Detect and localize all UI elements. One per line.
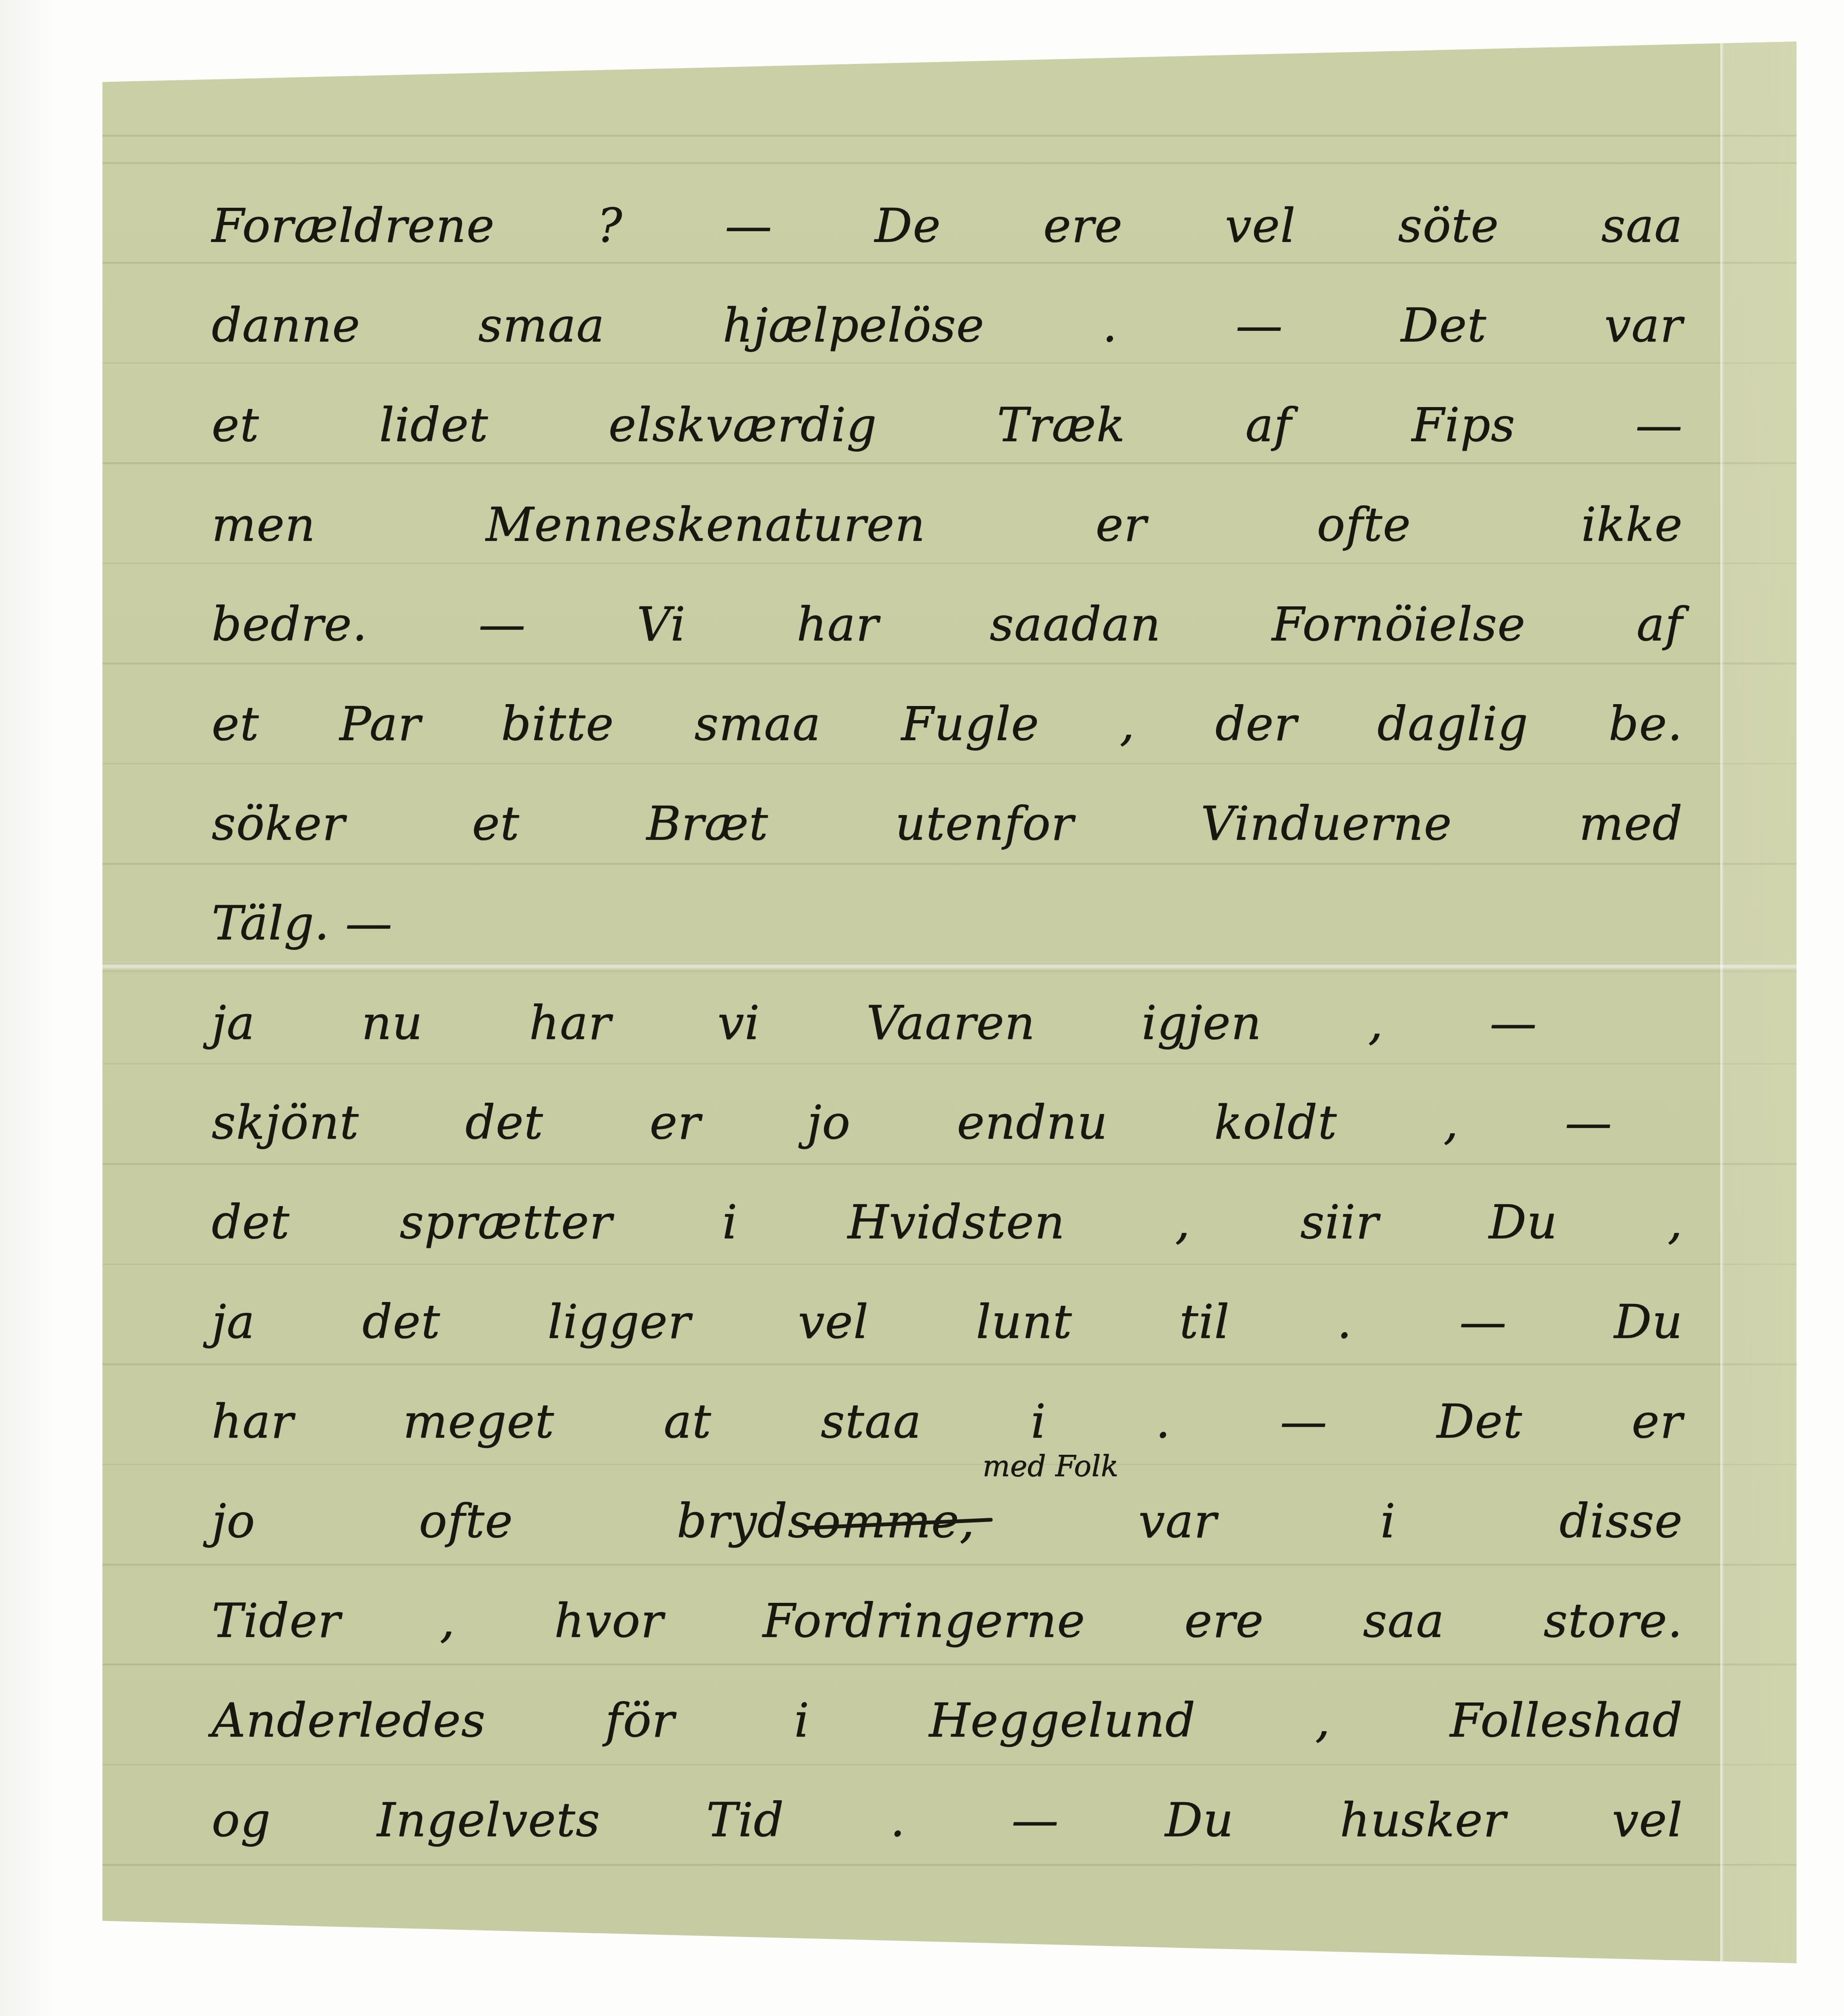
fold-crease-vertical — [1720, 38, 1797, 1967]
word: var — [1138, 1498, 1217, 1545]
handwriting-line-7: söker et Bræt utenfor Vinduerne med — [212, 800, 1683, 847]
handwriting-line-2: danne smaa hjælpelöse . — Det var — [212, 302, 1683, 349]
handwriting-line-13: har meget at staa i . — Det er — [212, 1398, 1683, 1445]
letter-paper: Forældrene ? — De ere vel söte saa danne… — [102, 38, 1797, 1967]
handwriting-line-3: et lidet elskværdig Træk af Fips — — [212, 401, 1683, 448]
handwriting-line-17: og Ingelvets Tid . — Du husker vel — [212, 1796, 1683, 1843]
handwriting-line-12: ja det ligger vel lunt til . — Du — [212, 1298, 1683, 1345]
handwriting-line-15: Tider , hvor Fordringerne ere saa store. — [212, 1597, 1683, 1644]
handwriting-line-11: det sprætter i Hvidsten , siir Du , — [212, 1199, 1683, 1246]
handwriting-line-5: bedre. — Vi har saadan Fornöielse af — [212, 601, 1683, 648]
interline-insertion: med Folk — [982, 1451, 1118, 1481]
handwriting-line-10: skjönt det er jo endnu koldt , — — [212, 1099, 1612, 1146]
handwriting-line-14: jo ofte brydsomme, var i disse med Folk — [212, 1498, 1683, 1545]
handwriting-line-9: ja nu har vi Vaaren igjen , — — [212, 999, 1537, 1046]
word: jo — [212, 1498, 255, 1545]
handwriting-line-6: et Par bitte smaa Fugle , der daglig be. — [212, 700, 1683, 747]
word: ofte — [419, 1498, 513, 1545]
handwriting-line-8: Tälg. — — [212, 900, 541, 947]
word: disse — [1559, 1498, 1683, 1545]
handwriting-line-1: Forældrene ? — De ere vel söte saa — [212, 202, 1683, 249]
word: i — [1380, 1498, 1396, 1545]
handwriting-line-4: men Menneskenaturen er ofte ikke — [212, 501, 1683, 548]
fold-crease-horizontal — [102, 961, 1797, 973]
handwriting-line-16: Anderledes för i Heggelund , Folleshad — [212, 1697, 1683, 1744]
word-struck-through: brydsomme, — [676, 1498, 974, 1545]
